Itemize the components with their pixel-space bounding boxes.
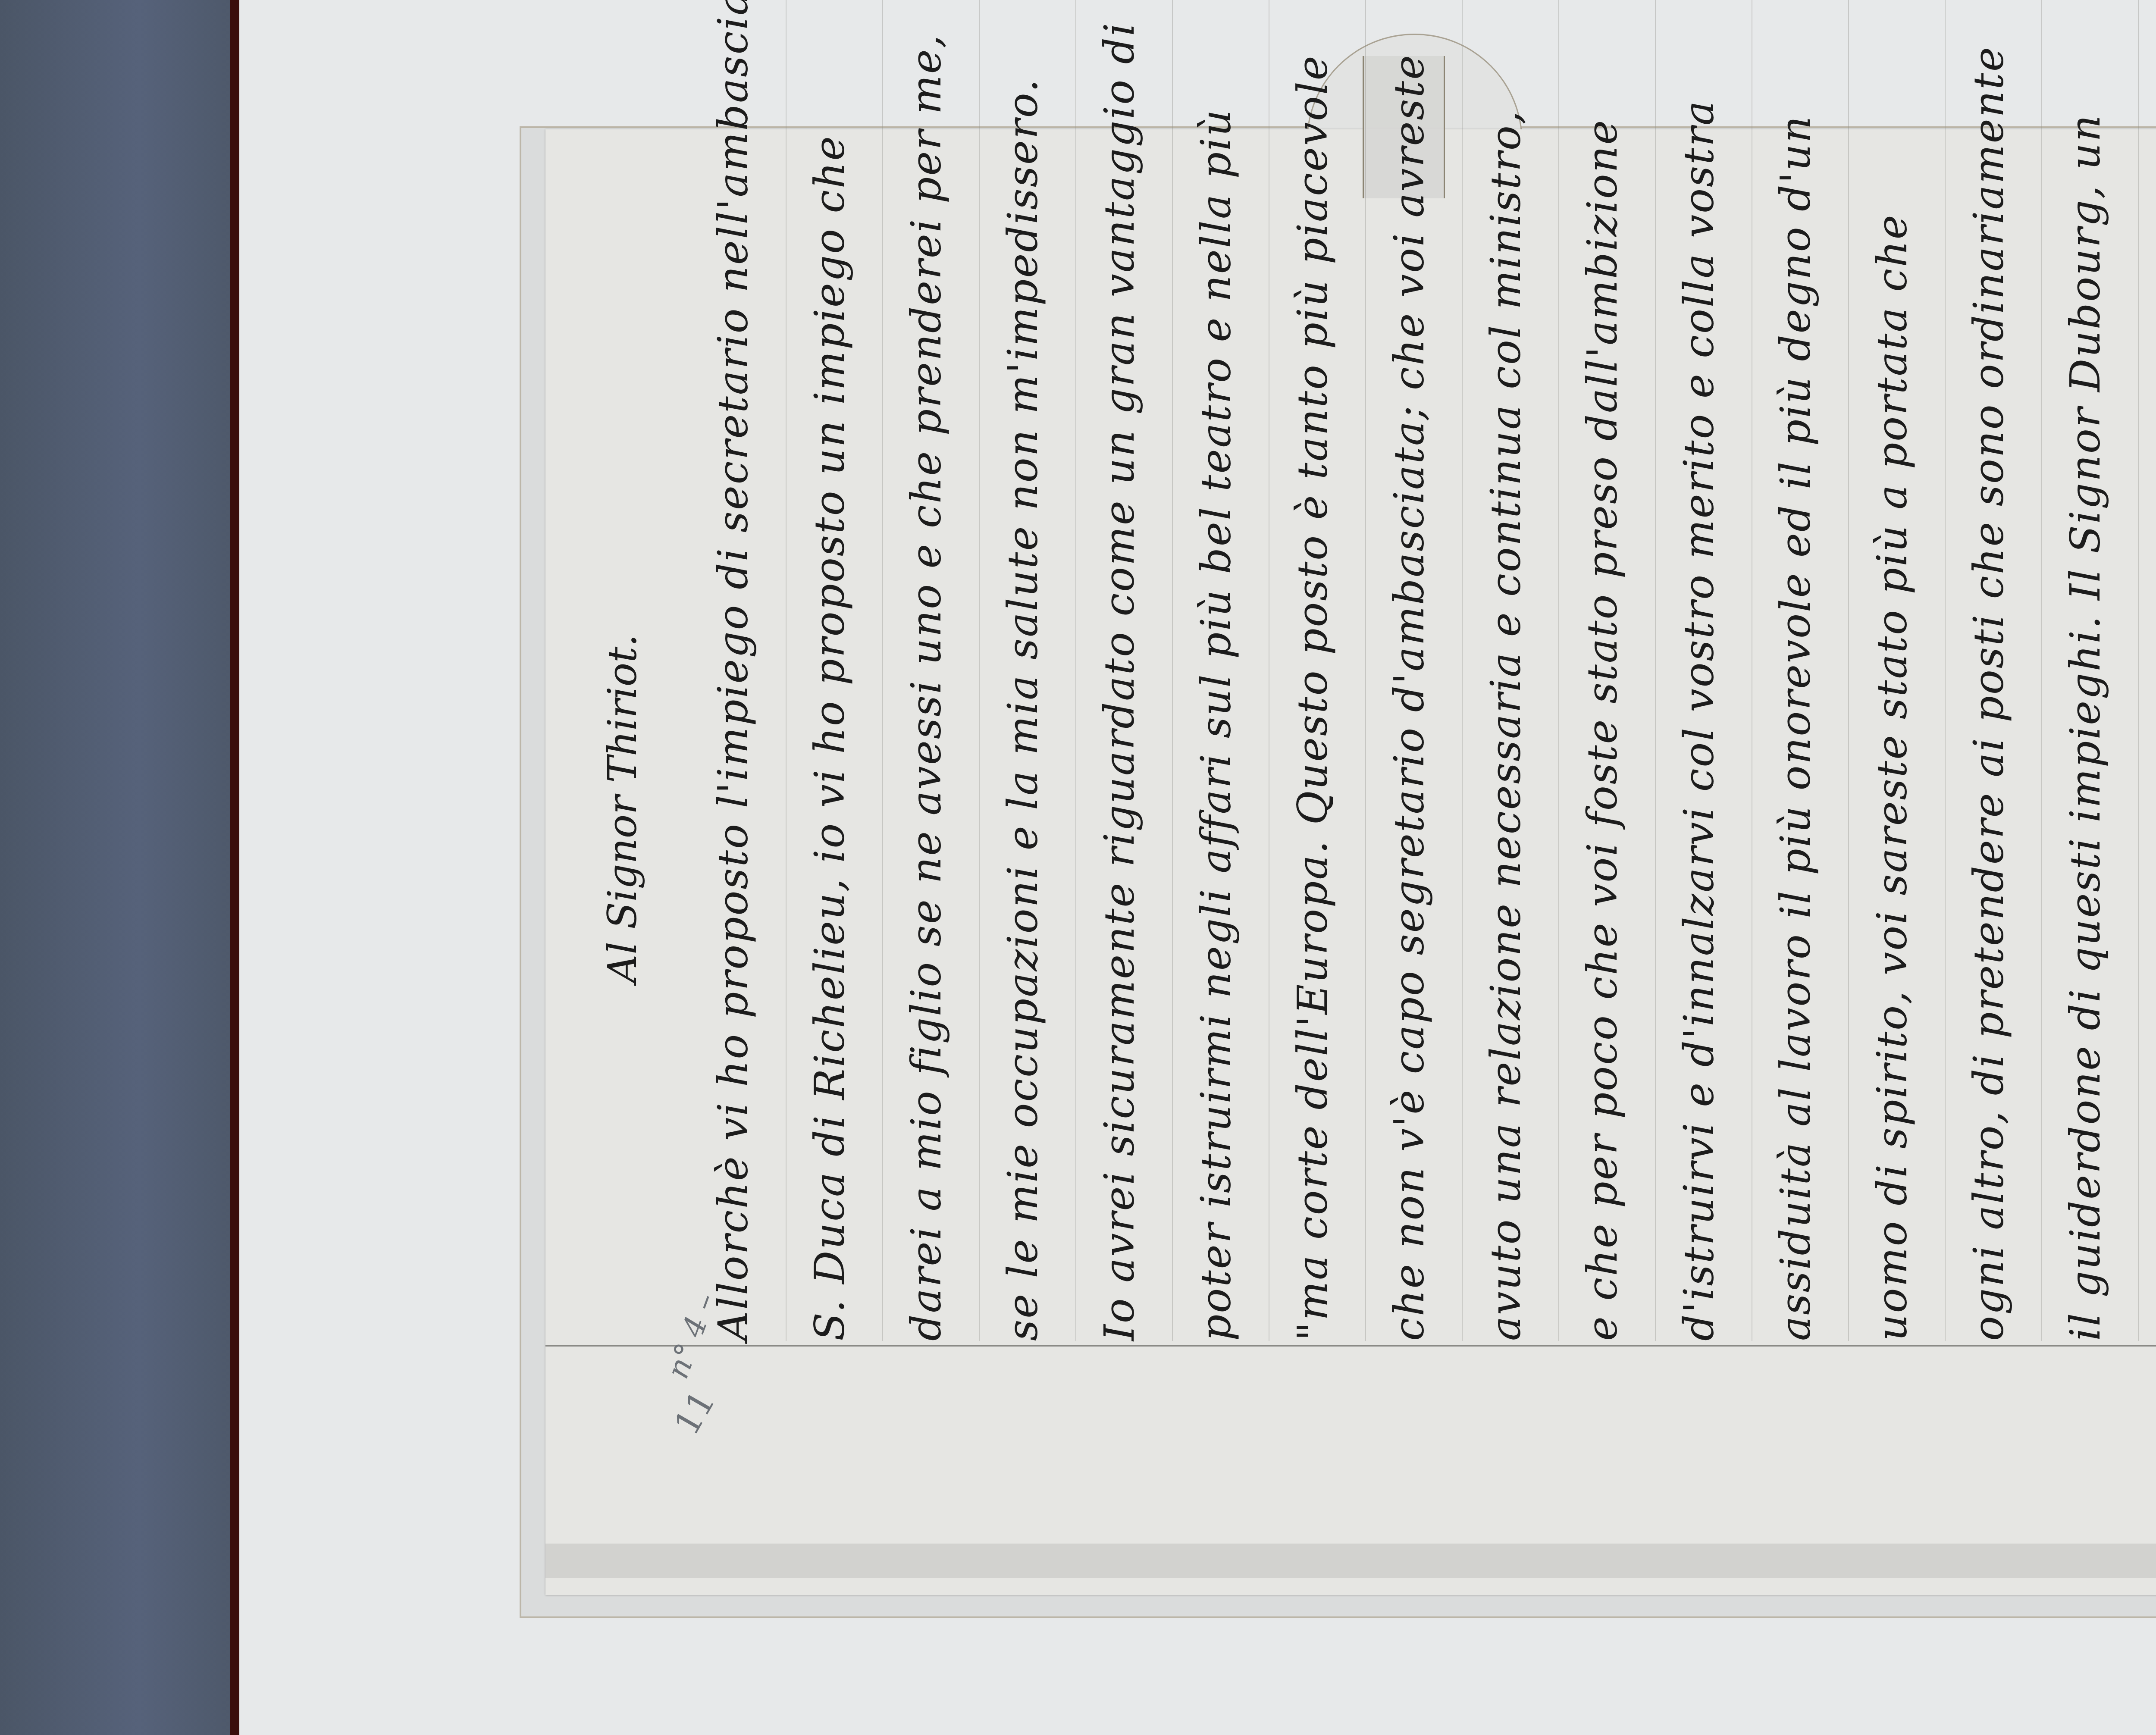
letter-line: "ma corte dell'Europa. Questo posto è ta… bbox=[1269, 0, 1366, 1341]
letter-line: S. Duca di Richelieu, io vi ho proposto … bbox=[787, 0, 883, 1341]
letter-line: uomo di spirito, voi sareste stato più a… bbox=[1849, 0, 1946, 1341]
letter-line: ogni altro, di pretendere ai posti che s… bbox=[1946, 0, 2042, 1341]
letter-line: il guiderdone di questi impieghi. Il Sig… bbox=[2042, 0, 2139, 1341]
letter-line: darei a mio figlio se ne avessi uno e ch… bbox=[883, 0, 980, 1341]
letter-line: poter istruirmi negli affari sul più bel… bbox=[1173, 0, 1269, 1341]
letter-lines: Allorchè vi ho proposto l'impiego di sec… bbox=[690, 0, 2156, 1341]
letter-line: avuto una relazione necessaria e continu… bbox=[1463, 0, 1559, 1341]
letter-line: Io avrei sicuramente riguardato come un … bbox=[1076, 0, 1173, 1341]
paper-lower-strip bbox=[545, 1544, 2156, 1578]
letter-line: giorno segretario del Conte de Lûc, da l… bbox=[2139, 0, 2156, 1341]
letter-line: che non v'è capo segretario d'ambasciata… bbox=[1366, 0, 1463, 1341]
letter-line: d'istruirvi e d'innalzarvi col vostro me… bbox=[1656, 0, 1752, 1341]
backdrop-wall bbox=[0, 0, 231, 1735]
letter-line: e che per poco che voi foste stato preso… bbox=[1559, 0, 1656, 1341]
mat-red-edge bbox=[230, 0, 239, 1735]
letter-line: se le mie occupazioni e la mia salute no… bbox=[980, 0, 1076, 1341]
letter-line: Allorchè vi ho proposto l'impiego di sec… bbox=[690, 0, 787, 1341]
salutation: Al Signor Thiriot. bbox=[599, 634, 646, 983]
letter-text-block: Al Signor Thiriot. Allorchè vi ho propos… bbox=[561, 151, 2156, 1358]
letter-line: assiduità al lavoro il più onorevole ed … bbox=[1752, 0, 1849, 1341]
